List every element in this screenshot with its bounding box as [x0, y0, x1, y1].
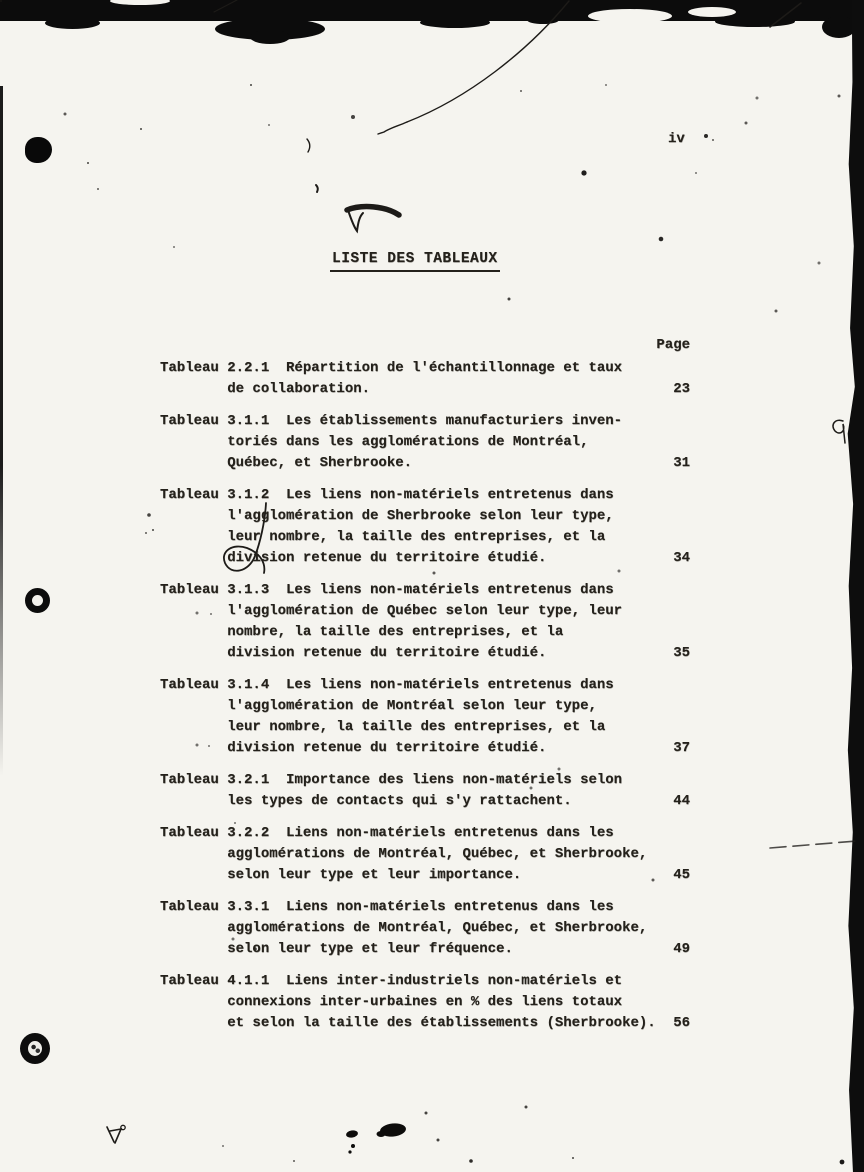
toc-entry: Tableau 4.1.1 Liens inter-industriels no… [160, 971, 690, 1034]
dashed-scratch-line [770, 841, 857, 848]
entry-text: Tableau 3.1.4 Les liens non-matériels en… [160, 675, 690, 759]
page-column-header: Page [640, 337, 690, 353]
toc-entry: Tableau 3.2.1 Importance des liens non-m… [160, 770, 690, 812]
entry-page-number: 49 [640, 939, 690, 960]
entry-text: Tableau 3.3.1 Liens non-matériels entret… [160, 897, 690, 960]
scratch-paren-mark [307, 139, 310, 152]
diagonal-scratch-line [407, 1, 569, 122]
entry-text: Tableau 3.1.1 Les établissements manufac… [160, 411, 690, 474]
toc-entry: Tableau 2.2.1 Répartition de l'échantill… [160, 358, 690, 400]
table-of-contents: Tableau 2.2.1 Répartition de l'échantill… [160, 358, 690, 1045]
toc-entry: Tableau 3.3.1 Liens non-matériels entret… [160, 897, 690, 960]
entry-page-number: 45 [640, 865, 690, 886]
entry-page-number: 37 [640, 738, 690, 759]
toc-entry: Tableau 3.1.2 Les liens non-matériels en… [160, 485, 690, 569]
entry-text: Tableau 2.2.1 Répartition de l'échantill… [160, 358, 690, 400]
entry-text: Tableau 3.2.1 Importance des liens non-m… [160, 770, 690, 812]
entry-page-number: 31 [640, 453, 690, 474]
entry-page-number: 23 [640, 379, 690, 400]
right-margin-squiggle [833, 420, 845, 443]
entry-page-number: 56 [640, 1013, 690, 1034]
scanned-document-page: iv LISTE DES TABLEAUX Page Tableau 2.2.1… [0, 0, 864, 1172]
entry-page-number: 35 [640, 643, 690, 664]
toc-entry: Tableau 3.1.3 Les liens non-matériels en… [160, 580, 690, 664]
page-folio: iv [668, 131, 685, 147]
entry-page-number: 44 [640, 791, 690, 812]
entry-text: Tableau 3.1.2 Les liens non-matériels en… [160, 485, 690, 569]
toc-entry: Tableau 3.1.1 Les établissements manufac… [160, 411, 690, 474]
ink-blob-bottom [345, 1122, 406, 1153]
toc-entry: Tableau 3.1.4 Les liens non-matériels en… [160, 675, 690, 759]
entry-page-number: 34 [640, 548, 690, 569]
handwritten-v-degree-mark [107, 1127, 114, 1142]
entry-text: Tableau 3.2.2 Liens non-matériels entret… [160, 823, 690, 886]
entry-text: Tableau 4.1.1 Liens inter-industriels no… [160, 971, 690, 1034]
entry-text: Tableau 3.1.3 Les liens non-matériels en… [160, 580, 690, 664]
pen-swoosh-mark [347, 207, 399, 215]
page-title: LISTE DES TABLEAUX [330, 251, 500, 272]
toc-entry: Tableau 3.2.2 Liens non-matériels entret… [160, 823, 690, 886]
